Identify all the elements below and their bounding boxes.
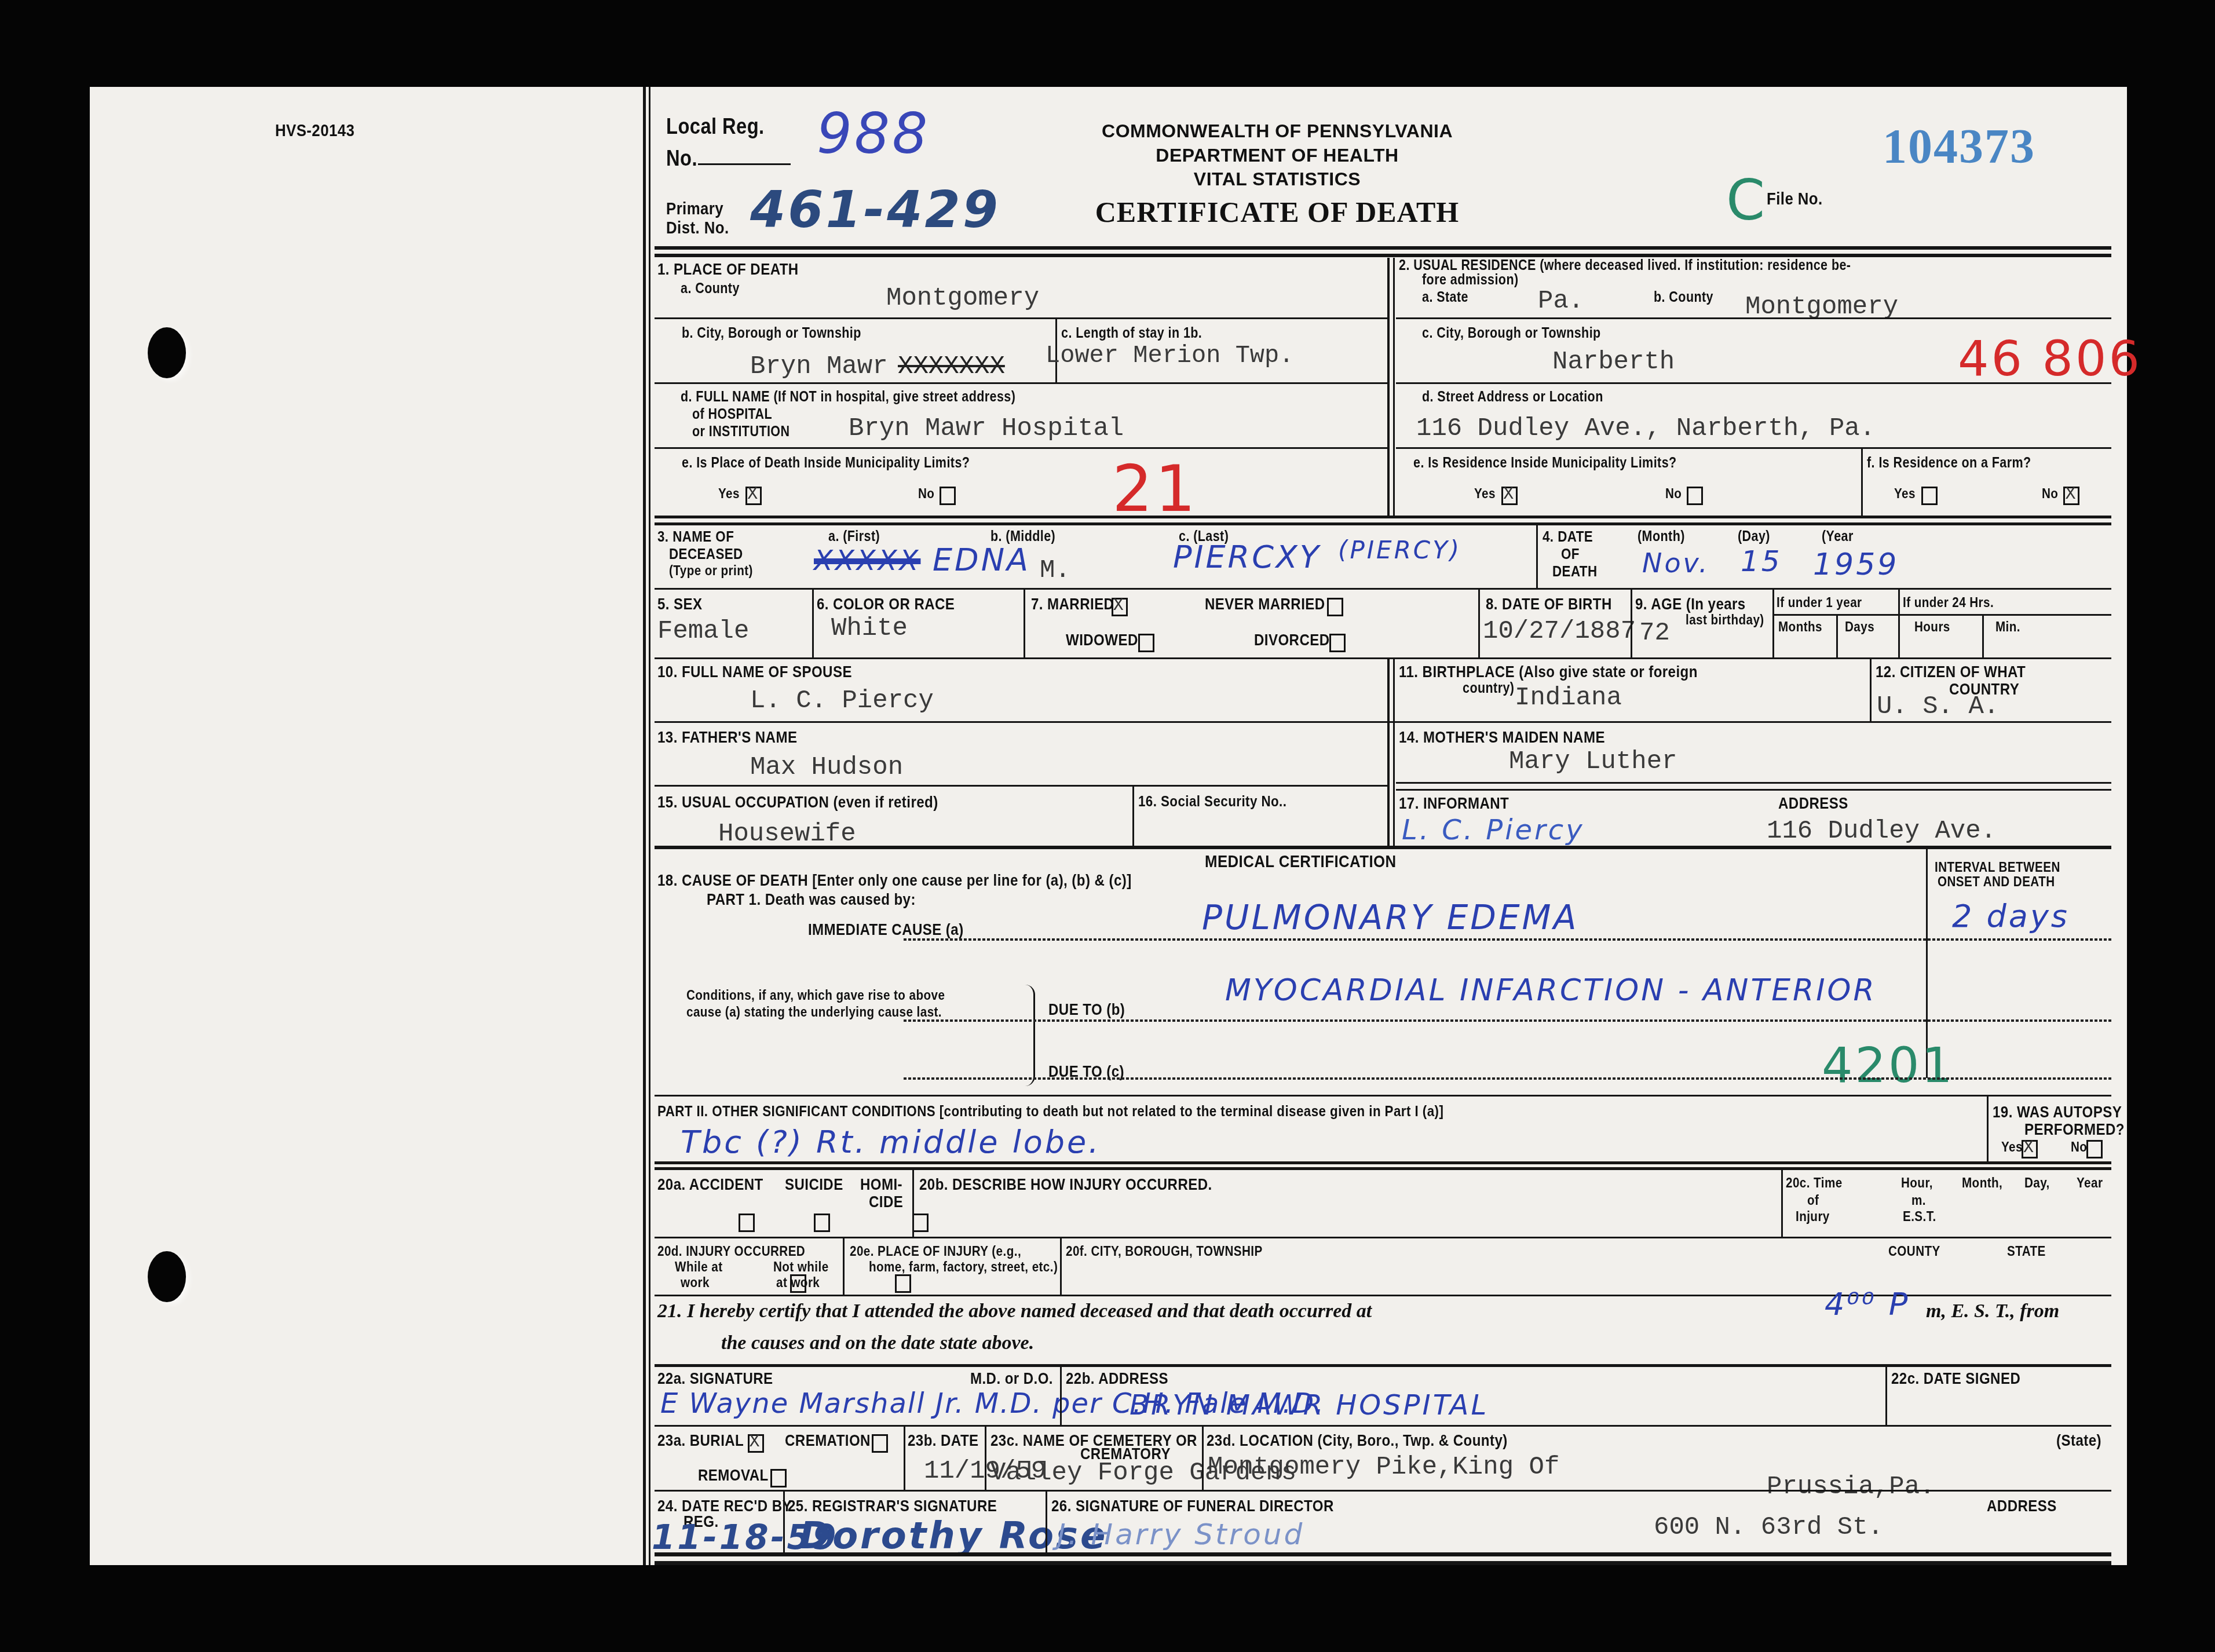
rule — [655, 785, 1387, 787]
yes-label: Yes — [1894, 487, 1916, 501]
injury-hour-label: Hour, — [1901, 1176, 1933, 1190]
rule — [912, 1167, 914, 1237]
yes-label: Yes — [2001, 1140, 2023, 1154]
rule — [1387, 258, 1390, 516]
rule — [655, 254, 2111, 257]
signature-label: 22a. SIGNATURE — [657, 1370, 773, 1387]
death-year[interactable]: 1959 — [1813, 547, 1899, 582]
primary-dist-number: 461-429 — [750, 180, 1000, 239]
rule — [1060, 1237, 1062, 1295]
rule — [655, 1095, 2111, 1097]
death-city[interactable]: Bryn Mawr — [750, 352, 888, 381]
under-24-hrs-label: If under 24 Hrs. — [1903, 595, 1994, 610]
header-agency: COMMONWEALTH OF PENNSYLVANIA DEPARTMENT … — [1046, 122, 1509, 229]
rule — [655, 516, 2111, 518]
rule — [655, 1490, 2111, 1492]
inside-limits-no[interactable]: No — [918, 487, 956, 505]
autopsy-label-2: PERFORMED? — [2024, 1121, 2125, 1138]
res-street[interactable]: 116 Dudley Ave., Narberth, Pa. — [1416, 414, 1875, 443]
rule — [1870, 657, 1872, 721]
dist-no-label: Dist. No. — [666, 219, 729, 237]
divorced-label: DIVORCED — [1254, 631, 1330, 648]
funeral-address-label: ADDRESS — [1987, 1497, 2057, 1514]
checkbox[interactable] — [1138, 634, 1154, 652]
death-month[interactable]: Nov. — [1642, 547, 1710, 579]
rule — [1132, 785, 1134, 846]
rule — [1987, 1095, 1989, 1161]
first-name-label: a. (First) — [828, 529, 880, 544]
interval-label-2: ONSET AND DEATH — [1938, 875, 2055, 889]
rule — [1396, 447, 2111, 449]
cremation-option[interactable]: CREMATION — [785, 1432, 888, 1453]
suicide-label: SUICIDE — [785, 1176, 843, 1193]
rule — [1885, 1364, 1887, 1425]
cause-label: 18. CAUSE OF DEATH [Enter only one cause… — [657, 872, 1132, 889]
primary-dist-label: Primary — [666, 200, 723, 218]
hospital-label-2: of HOSPITAL — [692, 407, 772, 422]
checkbox-checked[interactable] — [2022, 1140, 2038, 1158]
marital-divorced[interactable]: DIVORCED — [1254, 631, 1346, 652]
checkbox[interactable] — [1327, 598, 1343, 616]
medical-cert-title: MEDICAL CERTIFICATION — [1205, 853, 1397, 871]
occupation[interactable]: Housewife — [718, 820, 856, 849]
res-city-label: c. City, Borough or Township — [1422, 326, 1601, 341]
checkbox[interactable] — [1329, 634, 1346, 652]
sig-address[interactable]: BRYN MAWR HOSPITAL — [1130, 1389, 1489, 1421]
marital-never[interactable]: NEVER MARRIED — [1205, 595, 1344, 616]
rule — [655, 382, 1387, 384]
rule — [1982, 614, 1984, 657]
red-code-residence: 46 806 — [1958, 330, 2142, 387]
burial-location-2[interactable]: Prussia,Pa. — [1767, 1472, 1935, 1501]
no-label: No — [2071, 1140, 2087, 1154]
agency-line-3: VITAL STATISTICS — [1046, 170, 1509, 189]
green-code: 4201 — [1822, 1037, 1955, 1094]
checkbox[interactable] — [940, 487, 956, 505]
dod-label-3: DEATH — [1552, 564, 1598, 579]
sig-address-label: 22b. ADDRESS — [1066, 1370, 1168, 1387]
local-reg-no-label: No. — [666, 148, 697, 171]
autopsy-yes[interactable]: Yes — [2001, 1140, 2038, 1158]
agency-line-1: COMMONWEALTH OF PENNSYLVANIA — [1046, 122, 1509, 141]
conditions-label: Conditions, if any, which gave rise to a… — [686, 988, 951, 1021]
injury-est-label: E.S.T. — [1903, 1209, 1936, 1224]
dotted-rule — [904, 1077, 2111, 1080]
due-to-b[interactable]: MYOCARDIAL INFARCTION - ANTERIOR — [1225, 973, 1877, 1008]
father-label: 13. FATHER'S NAME — [657, 729, 797, 745]
removal-option[interactable]: REMOVAL — [698, 1467, 787, 1487]
spouse-name[interactable]: L. C. Piercy — [750, 686, 934, 715]
race-label: 6. COLOR OR RACE — [817, 595, 955, 612]
usual-residence-label-2: fore admission) — [1422, 272, 1519, 287]
binder-hole — [148, 327, 186, 378]
local-reg-number: 988 — [817, 101, 930, 166]
rule — [655, 246, 2111, 250]
checkbox[interactable] — [1921, 487, 1938, 505]
death-day[interactable]: 15 — [1741, 544, 1782, 578]
last-name[interactable]: PIERCXY — [1173, 539, 1321, 575]
rule — [655, 522, 2111, 525]
rule — [783, 1490, 785, 1552]
first-name-struck: XXXXX — [814, 544, 920, 577]
checkbox-checked[interactable] — [748, 1434, 764, 1453]
brace — [1025, 985, 1035, 1086]
immediate-cause[interactable]: PULMONARY EDEMA — [1202, 898, 1578, 937]
not-at-work-checkbox[interactable] — [895, 1274, 911, 1293]
form-border — [649, 87, 650, 1565]
certificate-title: CERTIFICATE OF DEATH — [1046, 195, 1509, 229]
ssn-label: 16. Social Security No.. — [1138, 794, 1286, 809]
widowed-label: WIDOWED — [1066, 631, 1138, 648]
inside-limits-label: e. Is Place of Death Inside Municipality… — [682, 455, 970, 470]
rule — [1202, 1425, 1204, 1490]
accident-label: 20a. ACCIDENT — [657, 1176, 763, 1193]
injury-place-label-2: home, farm, factory, street, etc.) — [869, 1260, 1058, 1274]
rule — [655, 1425, 2111, 1427]
injury-place-label-1: 20e. PLACE OF INJURY (e.g., — [850, 1244, 1021, 1259]
no-label: No — [1665, 487, 1682, 501]
injury-state-label: STATE — [2007, 1244, 2046, 1259]
date-signed-label: 22c. DATE SIGNED — [1891, 1370, 2020, 1387]
death-city-struck: XXXXXXX — [898, 352, 1005, 381]
never-married-label: NEVER MARRIED — [1205, 595, 1325, 612]
sex-value[interactable]: Female — [657, 617, 749, 646]
rule — [655, 588, 2111, 590]
location-label: 23d. LOCATION (City, Boro., Twp. & Count… — [1207, 1432, 1508, 1449]
injury-occurred-label: 20d. INJURY OCCURRED — [657, 1244, 805, 1259]
rule — [1387, 657, 1390, 846]
res-state-label: a. State — [1422, 290, 1468, 305]
homicide-checkbox[interactable] — [912, 1214, 929, 1232]
rule — [655, 721, 2111, 723]
dotted-rule — [904, 1019, 2111, 1022]
dob-value[interactable]: 10/27/1887 — [1483, 617, 1636, 646]
file-no-label: File No. — [1767, 190, 1823, 209]
length-of-stay[interactable]: Lower Merion Twp. — [1046, 342, 1293, 370]
checkbox-checked[interactable] — [1501, 487, 1518, 505]
min-label: Min. — [1995, 620, 2020, 634]
checkbox-checked[interactable] — [745, 487, 762, 505]
dob-label: 8. DATE OF BIRTH — [1486, 595, 1612, 612]
rule — [1631, 588, 1632, 657]
checkbox[interactable] — [770, 1469, 787, 1487]
date-recd-label-1: 24. DATE REC'D BY — [657, 1497, 792, 1514]
checkbox[interactable] — [2086, 1140, 2103, 1158]
informant-label: 17. INFORMANT — [1399, 795, 1509, 812]
certify-line-1: 21. I hereby certify that I attended the… — [657, 1300, 1372, 1322]
agency-line-2: DEPARTMENT OF HEALTH — [1046, 146, 1509, 166]
rule — [1898, 588, 1900, 657]
res-farm-label: f. Is Residence on a Farm? — [1867, 455, 2031, 470]
res-street-label: d. Street Address or Location — [1422, 389, 1603, 404]
county-label: a. County — [681, 281, 740, 296]
autopsy-label-1: 19. WAS AUTOPSY — [1993, 1103, 2122, 1120]
yes-label: Yes — [1474, 487, 1496, 501]
res-farm-yes[interactable]: Yes — [1894, 487, 1938, 505]
injury-day-label: Day, — [2024, 1176, 2050, 1190]
mother-name[interactable]: Mary Luther — [1509, 747, 1677, 776]
rule — [655, 1167, 2111, 1170]
res-limits-yes[interactable]: Yes — [1474, 487, 1518, 505]
while-at-work-checkbox[interactable] — [790, 1274, 806, 1293]
rule — [655, 1237, 2111, 1238]
part2-label: PART II. OTHER SIGNIFICANT CONDITIONS [c… — [657, 1103, 1443, 1119]
age-label: 9. AGE (In years — [1635, 595, 1746, 612]
res-city[interactable]: Narberth — [1552, 348, 1675, 377]
cremation-label: CREMATION — [785, 1432, 871, 1449]
homicide-label-1: HOMI- — [860, 1176, 902, 1193]
injury-how-label: 20b. DESCRIBE HOW INJURY OCCURRED. — [919, 1176, 1212, 1193]
city-label: b. City, Borough or Township — [682, 326, 861, 341]
death-county[interactable]: Montgomery — [886, 284, 1039, 313]
hospital-label-1: d. FULL NAME (If NOT in hospital, give s… — [681, 389, 1015, 404]
father-name[interactable]: Max Hudson — [750, 753, 903, 782]
interval-onset[interactable]: 2 days — [1952, 898, 2070, 934]
rule — [1046, 1490, 1047, 1552]
burial-option[interactable]: 23a. BURIAL — [657, 1432, 764, 1453]
injury-month-label: Month, — [1962, 1176, 2002, 1190]
burial-date-label: 23b. DATE — [908, 1432, 979, 1449]
checkbox-checked[interactable] — [1112, 598, 1128, 616]
citizen-label: 12. CITIZEN OF WHAT — [1876, 663, 2026, 680]
rule — [655, 1364, 2111, 1367]
location-state-label: (State) — [2056, 1432, 2101, 1449]
autopsy-no[interactable]: No — [2071, 1140, 2103, 1158]
certify-line-1b: m, E. S. T., from — [1926, 1300, 2059, 1322]
rule — [655, 1161, 2111, 1164]
rule — [655, 317, 1387, 319]
file-mark: C — [1726, 168, 1767, 233]
while-work-label-2: work — [681, 1275, 710, 1290]
rule — [655, 1561, 2111, 1565]
binder-hole — [148, 1251, 186, 1302]
md-do-label: M.D. or D.O. — [970, 1370, 1053, 1387]
local-reg-label: Local Reg. — [666, 116, 765, 139]
months-label: Months — [1778, 620, 1822, 634]
homicide-label-2: CIDE — [869, 1193, 903, 1210]
middle-name[interactable]: M. — [1040, 556, 1070, 585]
interval-label-1: INTERVAL BETWEEN — [1935, 860, 2060, 875]
days-label: Days — [1845, 620, 1874, 634]
injury-year-label: Year — [2077, 1176, 2103, 1190]
rule — [812, 588, 814, 657]
rule — [1024, 588, 1025, 657]
suicide-checkbox[interactable] — [814, 1214, 830, 1232]
rule — [1396, 789, 2111, 791]
name-label-1: 3. NAME OF — [657, 529, 734, 544]
dod-label-1: 4. DATE — [1543, 529, 1593, 544]
birthplace-label: 11. BIRTHPLACE (Also give state or forei… — [1399, 663, 1698, 680]
name-label-3: (Type or print) — [669, 564, 753, 578]
hours-label: Hours — [1914, 620, 1950, 634]
no-label: No — [2042, 487, 2058, 501]
injury-time-label-1: 20c. Time — [1786, 1176, 1843, 1190]
age-value[interactable]: 72 — [1639, 619, 1670, 648]
not-work-label-1: Not while — [773, 1260, 829, 1274]
race-value[interactable]: White — [831, 614, 908, 643]
res-state[interactable]: Pa. — [1538, 287, 1584, 316]
marital-married[interactable]: 7. MARRIED — [1031, 595, 1128, 616]
injury-county-label: COUNTY — [1888, 1244, 1940, 1259]
registrar-sig-label: 25. REGISTRAR'S SIGNATURE — [788, 1497, 997, 1514]
checkbox[interactable] — [872, 1434, 888, 1453]
form-code: HVS-20143 — [275, 122, 354, 140]
funeral-address[interactable]: 600 N. 63rd St. — [1654, 1513, 1883, 1542]
rule — [843, 1237, 845, 1295]
rule — [1772, 614, 2111, 616]
inside-limits-yes[interactable]: Yes — [718, 487, 762, 505]
res-farm-no[interactable]: No — [2042, 487, 2079, 505]
rule — [1396, 782, 2111, 784]
dod-label-2: OF — [1561, 546, 1580, 562]
rule — [655, 447, 1387, 449]
rule — [1772, 588, 1774, 657]
injury-city-label: 20f. CITY, BOROUGH, TOWNSHIP — [1066, 1244, 1263, 1259]
day-label: (Day) — [1738, 529, 1770, 544]
rule — [698, 163, 791, 165]
rule — [1396, 317, 2111, 319]
rule — [1836, 614, 1838, 657]
hospital-label-3: or INSTITUTION — [692, 424, 789, 439]
form-border — [643, 87, 646, 1565]
name-label-2: DECEASED — [669, 546, 743, 562]
year-label: (Year — [1822, 529, 1854, 544]
first-name[interactable]: EDNA — [933, 542, 1030, 578]
marital-widowed[interactable]: WIDOWED — [1066, 631, 1154, 652]
while-work-label-1: While at — [675, 1260, 723, 1274]
immediate-cause-label: IMMEDIATE CAUSE (a) — [808, 921, 964, 938]
sex-label: 5. SEX — [657, 595, 703, 612]
checkbox[interactable] — [1687, 487, 1703, 505]
spouse-label: 10. FULL NAME OF SPOUSE — [657, 663, 852, 680]
rule — [655, 657, 2111, 659]
rule — [655, 846, 2111, 849]
rule — [655, 1552, 2111, 1556]
funeral-director-label: 26. SIGNATURE OF FUNERAL DIRECTOR — [1051, 1497, 1334, 1514]
funeral-director-signature[interactable]: J. Harry Stroud — [1057, 1518, 1304, 1551]
rule — [1393, 657, 1395, 846]
occupation-label: 15. USUAL OCCUPATION (even if retired) — [657, 794, 938, 810]
mother-label: 14. MOTHER'S MAIDEN NAME — [1399, 729, 1605, 745]
time-of-death[interactable]: 4⁰⁰ P — [1825, 1286, 1910, 1322]
checkbox-checked[interactable] — [2063, 487, 2079, 505]
citizenship[interactable]: U. S. A. — [1877, 692, 1999, 721]
rule — [1393, 258, 1395, 516]
usual-residence-label: 2. USUAL RESIDENCE (where deceased lived… — [1399, 258, 1851, 273]
part2-conditions[interactable]: Tbc (?) Rt. middle lobe. — [681, 1124, 1101, 1160]
due-b-label: DUE TO (b) — [1048, 1001, 1125, 1018]
rule — [1396, 382, 2111, 384]
stamp-number: 104373 — [1883, 119, 2035, 175]
burial-location-1[interactable]: Montgomery Pike,King Of — [1208, 1453, 1559, 1482]
removal-label: REMOVAL — [698, 1467, 769, 1483]
certificate-paper: HVS-20143 Local Reg. No. 988 Primary Dis… — [90, 87, 2127, 1565]
month-label: (Month) — [1638, 529, 1685, 544]
rule — [1060, 1364, 1062, 1425]
certify-line-2: the causes and on the date state above. — [721, 1332, 1034, 1354]
rule — [1861, 447, 1863, 516]
rule — [985, 1425, 986, 1490]
birthplace[interactable]: Indiana — [1515, 684, 1622, 712]
married-label: 7. MARRIED — [1031, 595, 1114, 612]
part1-label: PART 1. Death was caused by: — [707, 891, 916, 908]
hospital-name[interactable]: Bryn Mawr Hospital — [849, 414, 1124, 443]
informant-signature[interactable]: L. C. Piercy — [1402, 814, 1585, 846]
burial-label: 23a. BURIAL — [657, 1432, 744, 1449]
injury-time-label-2: of — [1807, 1193, 1819, 1208]
last-name-correction: (PIERCY) — [1338, 536, 1461, 564]
res-limits-no[interactable]: No — [1665, 487, 1703, 505]
injury-time-label-3: Injury — [1796, 1209, 1830, 1224]
under-1-year-label: If under 1 year — [1777, 595, 1862, 610]
res-county-label: b. County — [1654, 290, 1713, 305]
rule — [1536, 524, 1538, 589]
birthplace-label-2: country) — [1463, 681, 1514, 696]
accident-checkbox[interactable] — [739, 1214, 755, 1232]
rule — [1478, 588, 1480, 657]
stay-label: c. Length of stay in 1b. — [1061, 326, 1202, 341]
res-limits-label: e. Is Residence Inside Municipality Limi… — [1413, 455, 1677, 470]
red-code: 21 — [1112, 452, 1198, 526]
age-label-2: last birthday) — [1686, 613, 1764, 627]
dotted-rule — [904, 938, 2111, 941]
informant-address-label: ADDRESS — [1778, 795, 1848, 812]
injury-m-label: m. — [1911, 1193, 1926, 1208]
rule — [904, 1425, 905, 1490]
rule — [1781, 1167, 1783, 1237]
yes-label: Yes — [718, 487, 740, 501]
informant-address[interactable]: 116 Dudley Ave. — [1767, 817, 1996, 846]
no-label: No — [918, 487, 934, 501]
place-of-death-label: 1. PLACE OF DEATH — [657, 261, 799, 277]
